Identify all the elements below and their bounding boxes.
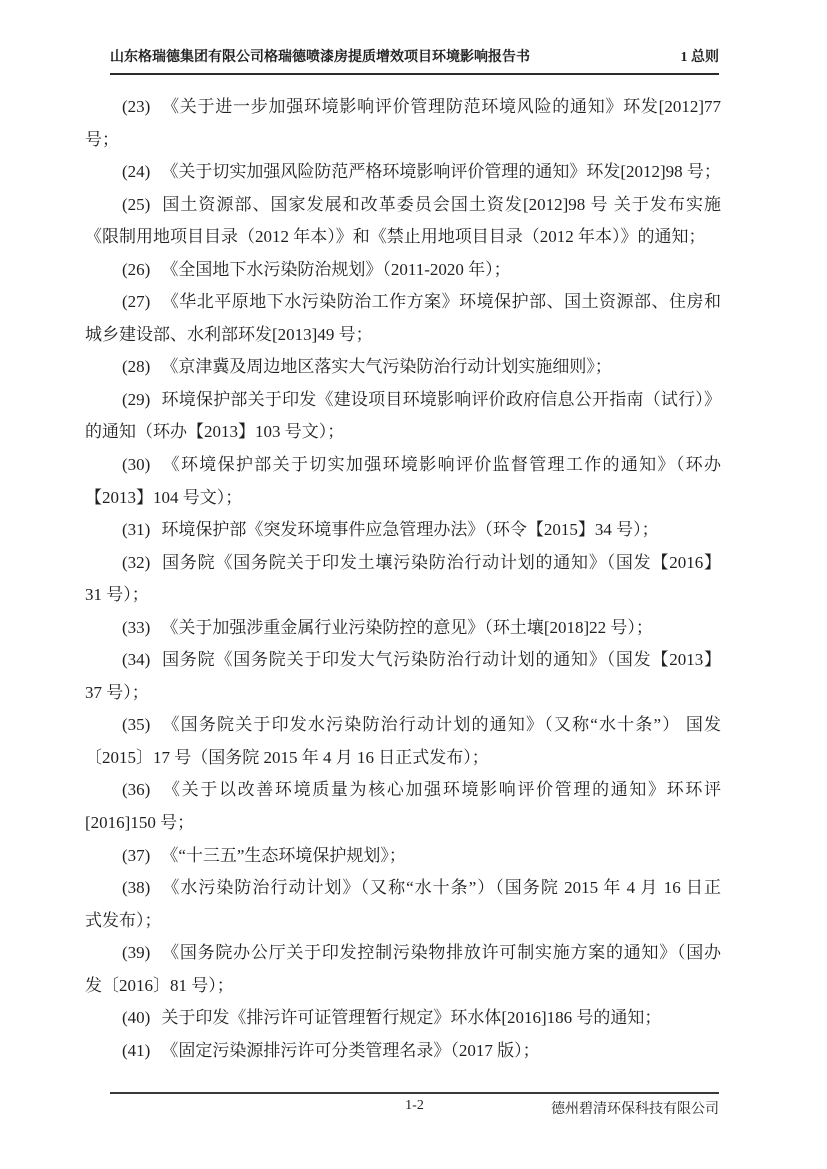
document-page: 山东格瑞德集团有限公司格瑞德喷漆房提质增效项目环境影响报告书 1 总则 (23)… [0, 0, 827, 1169]
item-text: 《关于进一步加强环境影响评价管理防范环境风险的通知》环发[2012]77 [161, 97, 721, 116]
list-item-line: 的通知（环办【2013】103 号文）； [85, 416, 721, 449]
item-text: 城乡建设部、水利部环发[2013]49 号； [85, 325, 373, 344]
item-text: 《关于以改善环境质量为核心加强环境影响评价管理的通知》环环评 [161, 780, 721, 799]
item-text: 《“十三五”生态环境保护规划》； [161, 846, 406, 865]
item-number: (41) [122, 1041, 150, 1060]
item-text: 《固定污染源排污许可分类管理名录》（2017 版）； [161, 1041, 539, 1060]
list-item-line: (33)《关于加强涉重金属行业污染防控的意见》（环土壤[2018]22 号）； [85, 612, 721, 645]
list-item-line: (30)《环境保护部关于切实加强环境影响评价监督管理工作的通知》（环办 [85, 449, 721, 482]
item-number: (26) [122, 260, 150, 279]
item-text: 国务院《国务院关于印发大气污染防治行动计划的通知》（国发【2013】 [161, 650, 721, 669]
item-text: 《全国地下水污染防治规划》（2011-2020 年）； [161, 260, 510, 279]
item-text: 《关于加强涉重金属行业污染防控的意见》（环土壤[2018]22 号）； [161, 618, 653, 637]
footer-rule [110, 1092, 719, 1094]
item-number: (24) [122, 162, 150, 181]
list-item-line: (35)《国务院关于印发水污染防治行动计划的通知》（又称“水十条”） 国发 [85, 709, 721, 742]
list-item-line: 号； [85, 124, 721, 157]
item-number: (23) [122, 97, 150, 116]
list-item-line: (25)国土资源部、国家发展和改革委员会国土资发[2012]98 号 关于发布实… [85, 189, 721, 222]
item-text: 【2013】104 号文）； [85, 488, 242, 507]
list-item-line: (38)《水污染防治行动计划》（又称“水十条”）（国务院 2015 年 4 月 … [85, 872, 721, 905]
list-item-line: 31 号）； [85, 579, 721, 612]
item-text: 国务院《国务院关于印发土壤污染防治行动计划的通知》（国发【2016】 [161, 553, 721, 572]
item-text: 《京津冀及周边地区落实大气污染防治行动计划实施细则》； [161, 357, 612, 376]
footer-company: 德州碧清环保科技有限公司 [551, 1098, 719, 1118]
item-number: (28) [122, 357, 150, 376]
list-item-line: 城乡建设部、水利部环发[2013]49 号； [85, 319, 721, 352]
list-item-line: 【2013】104 号文）； [85, 482, 721, 515]
item-text: 环境保护部《突发环境事件应急管理办法》（环令【2015】34 号）； [161, 520, 658, 539]
list-item-line: (37)《“十三五”生态环境保护规划》； [85, 840, 721, 873]
item-number: (36) [122, 780, 150, 799]
item-number: (40) [122, 1008, 150, 1027]
list-item-line: 式发布）； [85, 905, 721, 938]
list-item-line: (26)《全国地下水污染防治规划》（2011-2020 年）； [85, 254, 721, 287]
item-number: (35) [122, 715, 150, 734]
item-text: 《环境保护部关于切实加强环境影响评价监督管理工作的通知》（环办 [161, 455, 721, 474]
item-text: 式发布）； [85, 911, 162, 930]
list-item-line: (36)《关于以改善环境质量为核心加强环境影响评价管理的通知》环环评 [85, 774, 721, 807]
list-item-line: 发〔2016〕81 号）； [85, 970, 721, 1003]
item-number: (30) [122, 455, 150, 474]
item-text: 《国务院关于印发水污染防治行动计划的通知》（又称“水十条”） 国发 [161, 715, 721, 734]
item-text: 关于印发《排污许可证管理暂行规定》环水体[2016]186 号的通知； [161, 1008, 661, 1027]
list-item-line: (40)关于印发《排污许可证管理暂行规定》环水体[2016]186 号的通知； [85, 1002, 721, 1035]
item-number: (32) [122, 553, 150, 572]
list-item-line: 〔2015〕17 号（国务院 2015 年 4 月 16 日正式发布）； [85, 742, 721, 775]
list-item-line: 37 号）； [85, 677, 721, 710]
item-text: 的通知（环办【2013】103 号文）； [85, 422, 344, 441]
item-number: (38) [122, 878, 150, 897]
list-item-line: (24)《关于切实加强风险防范严格环境影响评价管理的通知》环发[2012]98 … [85, 156, 721, 189]
item-text: 环境保护部关于印发《建设项目环境影响评价政府信息公开指南（试行）》 [161, 390, 721, 409]
item-text: [2016]150 号； [85, 813, 194, 832]
list-item-line: (23)《关于进一步加强环境影响评价管理防范环境风险的通知》环发[2012]77 [85, 91, 721, 124]
header-title: 山东格瑞德集团有限公司格瑞德喷漆房提质增效项目环境影响报告书 [110, 46, 530, 66]
item-text: 《国务院办公厅关于印发控制污染物排放许可制实施方案的通知》（国办 [161, 943, 721, 962]
item-number: (31) [122, 520, 150, 539]
list-item-line: [2016]150 号； [85, 807, 721, 840]
item-text: 发〔2016〕81 号）； [85, 976, 234, 995]
list-item-line: (27)《华北平原地下水污染防治工作方案》环境保护部、国土资源部、住房和 [85, 286, 721, 319]
list-item-line: (34)国务院《国务院关于印发大气污染防治行动计划的通知》（国发【2013】 [85, 644, 721, 677]
page-header: 山东格瑞德集团有限公司格瑞德喷漆房提质增效项目环境影响报告书 1 总则 [110, 46, 719, 75]
list-item-line: (32)国务院《国务院关于印发土壤污染防治行动计划的通知》（国发【2016】 [85, 547, 721, 580]
item-number: (37) [122, 846, 150, 865]
list-item-line: (31)环境保护部《突发环境事件应急管理办法》（环令【2015】34 号）； [85, 514, 721, 547]
list-item-line: (41)《固定污染源排污许可分类管理名录》（2017 版）； [85, 1035, 721, 1068]
item-text: 《限制用地项目目录（2012 年本）》和《禁止用地项目目录（2012 年本）》的… [85, 227, 706, 246]
header-section-label: 1 总则 [681, 46, 720, 66]
list-item-line: 《限制用地项目目录（2012 年本）》和《禁止用地项目目录（2012 年本）》的… [85, 221, 721, 254]
item-number: (27) [122, 292, 150, 311]
list-item-line: (39)《国务院办公厅关于印发控制污染物排放许可制实施方案的通知》（国办 [85, 937, 721, 970]
item-text: 号； [85, 130, 119, 149]
item-text: 31 号）； [85, 585, 149, 604]
item-number: (33) [122, 618, 150, 637]
item-text: 37 号）； [85, 683, 149, 702]
item-text: 〔2015〕17 号（国务院 2015 年 4 月 16 日正式发布）； [85, 748, 489, 767]
reference-list: (23)《关于进一步加强环境影响评价管理防范环境风险的通知》环发[2012]77… [85, 91, 721, 1067]
item-text: 《水污染防治行动计划》（又称“水十条”）（国务院 2015 年 4 月 16 日… [161, 878, 721, 897]
item-text: 国土资源部、国家发展和改革委员会国土资发[2012]98 号 关于发布实施 [161, 195, 721, 214]
list-item-line: (29)环境保护部关于印发《建设项目环境影响评价政府信息公开指南（试行）》 [85, 384, 721, 417]
list-item-line: (28)《京津冀及周边地区落实大气污染防治行动计划实施细则》； [85, 351, 721, 384]
item-text: 《华北平原地下水污染防治工作方案》环境保护部、国土资源部、住房和 [161, 292, 721, 311]
item-number: (29) [122, 390, 150, 409]
item-number: (34) [122, 650, 150, 669]
item-number: (25) [122, 195, 150, 214]
page-footer: 1-2 德州碧清环保科技有限公司 [110, 1098, 719, 1118]
item-number: (39) [122, 943, 150, 962]
item-text: 《关于切实加强风险防范严格环境影响评价管理的通知》环发[2012]98 号； [161, 162, 721, 181]
